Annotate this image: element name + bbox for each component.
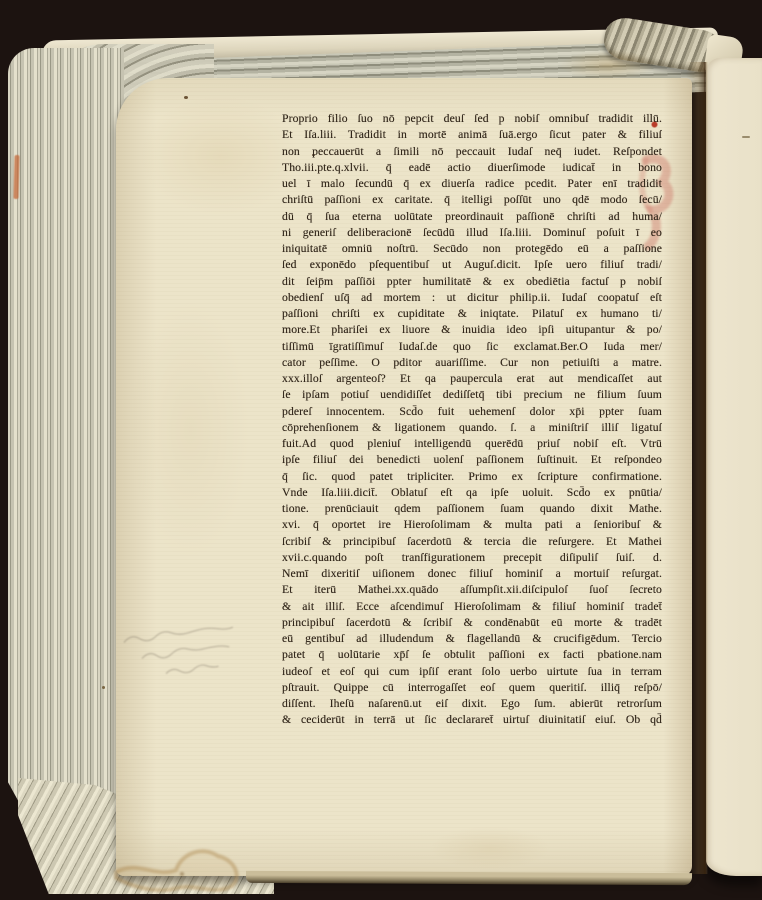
- ink-fleck: [102, 686, 105, 689]
- text-line: eū gentibuſ ad illudendum & flagellandū …: [282, 632, 662, 648]
- text-line: ni generiſ deliberacionē ſecūdū illud Iſ…: [282, 226, 662, 242]
- foxing-stain-middle: [130, 300, 250, 560]
- text-line: & ceciderūt in terrā ut ſic declararet̄ …: [282, 713, 662, 729]
- printed-text-block: Proprio filio ſuo nō pepcit deuſ ſed p n…: [282, 112, 662, 732]
- text-line: more.Et phariſei ex liuore & inuidia ide…: [282, 323, 662, 339]
- faint-bottom-stain: [430, 826, 550, 870]
- text-line: cōprehenſionem & ligationem quando. ſ. a…: [282, 421, 662, 437]
- text-line: xvii.c.quando poſt tranſfigurationem pre…: [282, 551, 662, 567]
- text-line: uel ī malo ſecundū q̄ ex diuerſa radice …: [282, 177, 662, 193]
- text-line: xvi. q̄ oportet ire Hieroſolimam & multa…: [282, 518, 662, 534]
- text-line: iniquitatē omniū noſtrū. Secūdo non prot…: [282, 242, 662, 258]
- text-line: ſed exponēdo pſequentibuſ ut Auguſ.dicit…: [282, 258, 662, 274]
- text-line: chriſtū paſſioni ex caritate. q̄ itellig…: [282, 193, 662, 209]
- text-line: non peccauerūt a ſimili nō peccauit Iuda…: [282, 145, 662, 161]
- page-bottom-edge: [246, 871, 692, 885]
- text-line: Nemī dixeritiſ uiſionem donec filiuſ hom…: [282, 567, 662, 583]
- text-line: ipſe filiuſ dei benedicti uolenſ paſſion…: [282, 453, 662, 469]
- ink-fleck: [742, 136, 750, 138]
- text-line: ſcribiſ & principibuſ ſacerdotū & tercia…: [282, 535, 662, 551]
- facing-page-sliver: [706, 58, 762, 876]
- photo-background: Proprio filio ſuo nō pepcit deuſ ſed p n…: [0, 0, 762, 900]
- text-line: pſtrauit. Quippe cū interrogaſſet eoſ qu…: [282, 681, 662, 697]
- text-line: principibuſ ſacerdotū & ſcribiſ & condēn…: [282, 616, 662, 632]
- text-line: q̄ ſic. quod patet tripliciter. Primo ex…: [282, 470, 662, 486]
- text-line: dū q̄ ſua eterna uolūtate preordinauit p…: [282, 210, 662, 226]
- text-line: dit ſeip̄m paſſiōi ppter humilitatē & ex…: [282, 275, 662, 291]
- text-line: pdereſ innocentem. Scd̄o fuit uehemenſ d…: [282, 405, 662, 421]
- text-line: iudeoſ et eoſ qui cum ipſiſ erant ſolo u…: [282, 665, 662, 681]
- text-line: cator peſſime. O pditor auariſſime. Cur …: [282, 356, 662, 372]
- text-line: paſſioni chriſti ex cupiditate & iniqtat…: [282, 307, 662, 323]
- water-stain-ring: [112, 826, 272, 896]
- text-line: ſe ipſam potiuſ uendidiſſet dediſſetq̄ t…: [282, 388, 662, 404]
- text-line: patet q̄ uolūtarie xp̄ſ ſe obtulit paſſi…: [282, 648, 662, 664]
- text-line: tiſſimū īgratiſſimuſ Iudaſ.de quo ſic ex…: [282, 340, 662, 356]
- text-line: diſſent. Iheſū naſarenū.ut eiſ dixit. Eg…: [282, 697, 662, 713]
- text-line: & ait illiſ. Ecce aſcendimuſ Hieroſolima…: [282, 600, 662, 616]
- text-line: Et Iſa.liii. Tradidit in mortē animā ſuā…: [282, 128, 662, 144]
- text-line: Proprio filio ſuo nō pepcit deuſ ſed p n…: [282, 112, 662, 128]
- stain-on-top-edges: [560, 50, 656, 80]
- foxing-stain-topleft: [140, 96, 300, 216]
- text-line: Et iterū Mathei.xx.quādo aſſumpſit.xii.d…: [282, 583, 662, 599]
- ink-fleck: [184, 96, 188, 99]
- text-line: Tho.iii.pte.q.xlvii. q̄ eadē actio diuer…: [282, 161, 662, 177]
- text-line: tione. prenūciauit qdem paſſionem ſuam q…: [282, 502, 662, 518]
- text-line: fuit.Ad quod pleniuſ intelligendū querēd…: [282, 437, 662, 453]
- text-line: Vnde Iſa.liii.dicit̄. Oblatuſ eſt qa ipſ…: [282, 486, 662, 502]
- text-line: obedienſ uſq̄ ad mortem : ut dicitur phi…: [282, 291, 662, 307]
- text-line: xxx.illoſ argenteoſ? Et qa paupercula er…: [282, 372, 662, 388]
- fore-edge-page-stack: [8, 48, 124, 892]
